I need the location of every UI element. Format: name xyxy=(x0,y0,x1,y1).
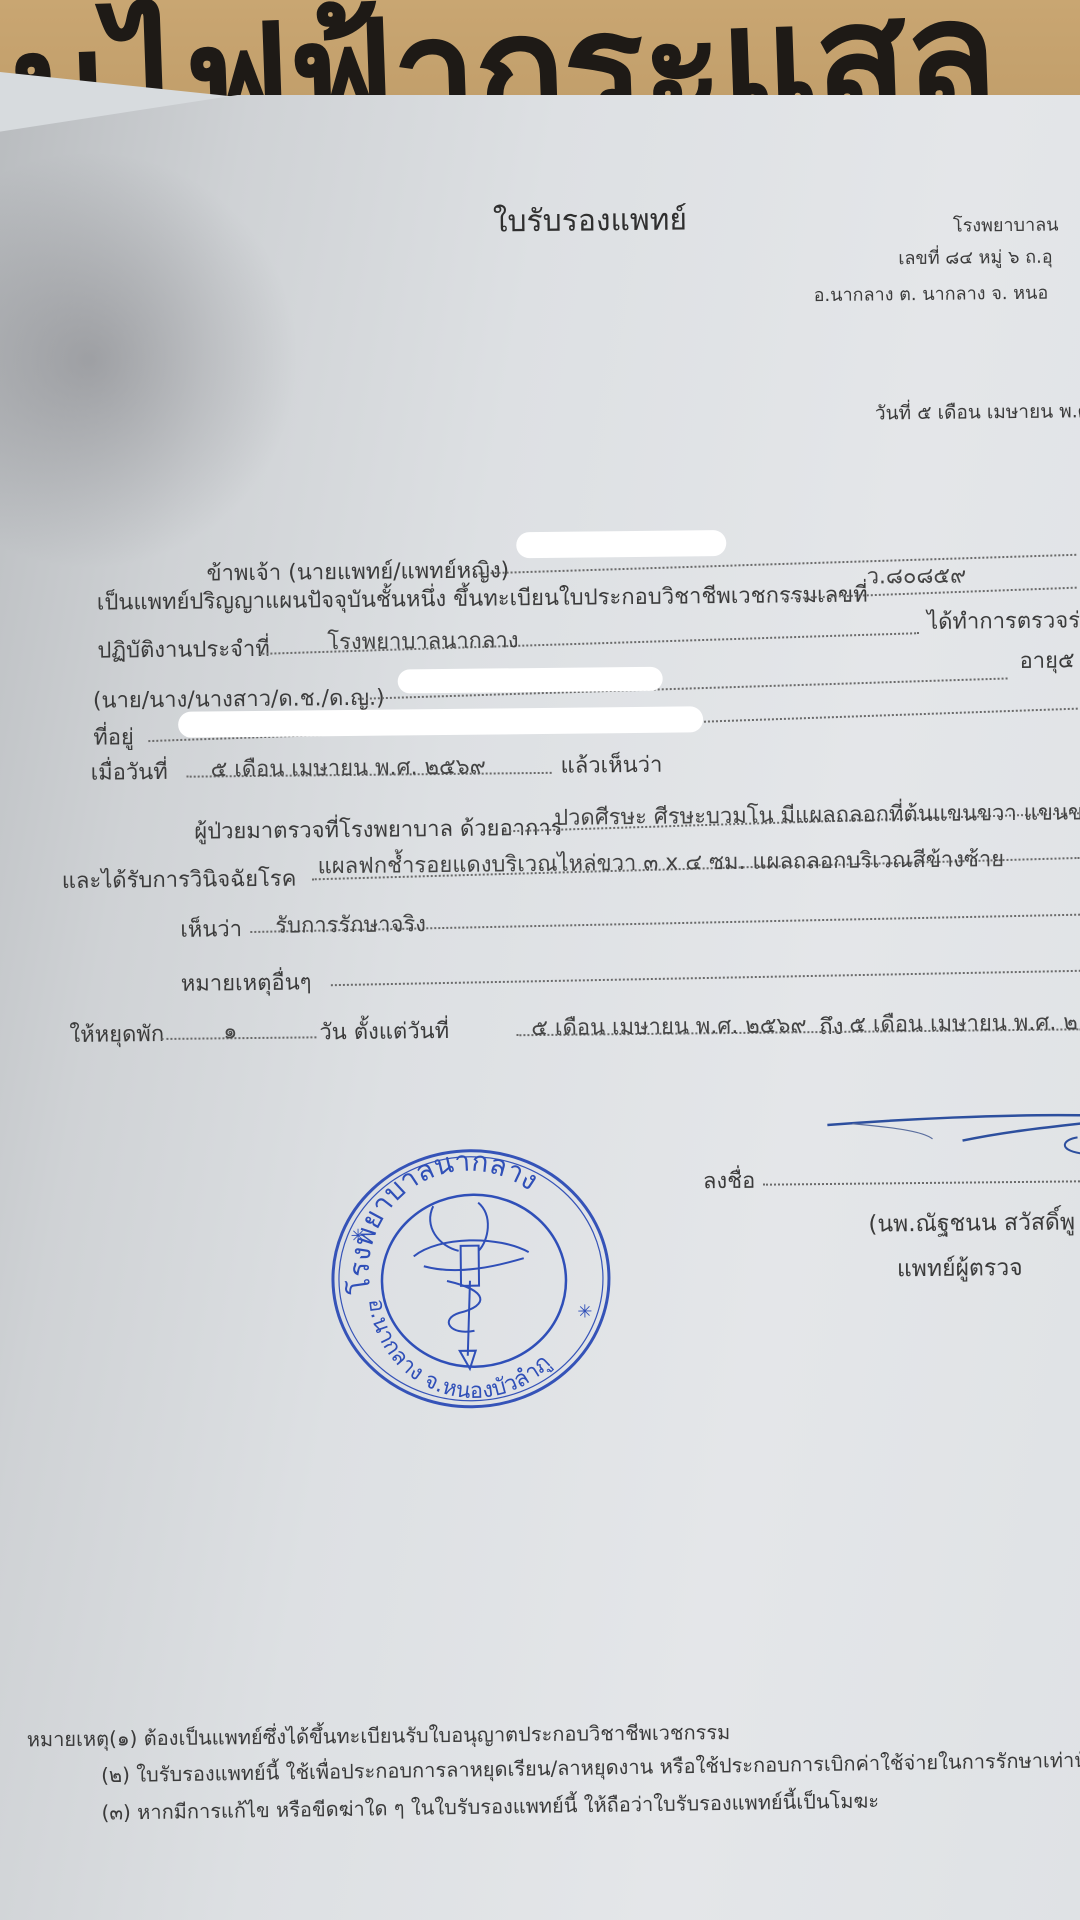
age-label: อายุ๕ xyxy=(1019,642,1074,678)
hospital-name: โรงพยาบาลน xyxy=(953,210,1059,240)
address-label: ที่อยู่ xyxy=(93,719,134,754)
svg-text:โรงพยาบาลนากลาง: โรงพยาบาลนากลาง xyxy=(341,1144,545,1296)
opinion-value: รับการรักษาจริง xyxy=(275,906,426,943)
exam-date-label: เมื่อวันที่ xyxy=(90,754,168,790)
footnote-1: หมายเหตุ(๑) ต้องเป็นแพทย์ซึ่งได้ขึ้นทะเบ… xyxy=(27,1716,731,1755)
rest-to-label: ถึง xyxy=(819,1009,843,1044)
exam-date-value: ๕ เดือน เมษายน พ.ศ. ๒๕๖๙ xyxy=(210,749,486,787)
stamp-top-text: โรงพยาบาลนากลาง xyxy=(341,1144,545,1296)
svg-text:✳: ✳ xyxy=(350,1226,365,1247)
svg-text:✳: ✳ xyxy=(577,1301,592,1322)
rest-from-label: วัน ตั้งแต่วันที่ xyxy=(319,1013,449,1049)
document-content: ใบรับรองแพทย์ โรงพยาบาลน เลขที่ ๘๔ หมู่ … xyxy=(0,0,1080,1920)
seen-label: แล้วเห็นว่า xyxy=(560,747,662,783)
address-redaction xyxy=(178,706,703,737)
remarks-dotted-line xyxy=(331,970,1080,986)
hospital-address-line1: เลขที่ ๘๔ หมู่ ๖ ถ.อุ xyxy=(898,242,1053,273)
signer-name: (นพ.ณัฐชนน สวัสดิ์พู xyxy=(868,1204,1075,1242)
rest-to-value: ๕ เดือน เมษายน พ.ศ. ๒ xyxy=(849,1004,1078,1041)
signature-dotted-line xyxy=(763,1180,1080,1185)
license-number: ว.๘๐๘๕๙ xyxy=(866,558,966,594)
hospital-address-line2: อ.นากลาง ต. นากลาง จ. หนอ xyxy=(814,278,1049,309)
rest-label: ให้หยุดพัก xyxy=(69,1016,164,1052)
symptom-value: ปวดศีรษะ ศีรษะบวมโน มีแผลถลอกที่ต้นแขนขว… xyxy=(554,794,1080,835)
symptom-label: ผู้ป่วยมาตรวจที่โรงพยาบาล ด้วยอาการ xyxy=(194,810,563,849)
diagnosis-label: และได้รับการวินิจฉัยโรค xyxy=(62,861,297,898)
doctor-name-redaction xyxy=(516,530,726,558)
signer-role: แพทย์ผู้ตรวจ xyxy=(897,1250,1023,1287)
sign-label: ลงชื่อ xyxy=(703,1163,756,1199)
doctor-signature xyxy=(822,1109,1080,1172)
remarks-label: หมายเหตุอื่นๆ xyxy=(181,964,312,1000)
diagnosis-value: แผลฟกช้ำรอยแดงบริเวณไหล่ขวา ๓ x ๔ ซม. แผ… xyxy=(317,841,1004,883)
rest-from-value: ๕ เดือน เมษายน พ.ศ. ๒๕๖๙ xyxy=(531,1007,807,1045)
footnote-3: (๓) หากมีการแก้ไข หรือขีดฆ่าใด ๆ ในใบรับ… xyxy=(101,1784,879,1828)
workplace-value: โรงพยาบาลนากลาง xyxy=(327,622,519,659)
license-label: เป็นแพทย์ปริญญาแผนปัจจุบันชั้นหนึ่ง ขึ้น… xyxy=(97,577,868,620)
rest-days-value: ๑ xyxy=(223,1013,237,1048)
workplace-label: ปฏิบัติงานประจำที่ xyxy=(97,631,270,668)
opinion-label: เห็นว่า xyxy=(180,911,242,947)
patient-name-redaction xyxy=(398,667,663,694)
issue-date: วันที่ ๕ เดือน เมษายน พ.ศ xyxy=(875,396,1080,428)
rest-days-dotted-line xyxy=(161,1036,316,1040)
hospital-stamp: โรงพยาบาลนากลาง อ.นากลาง จ.หนองบัวลำภู ✳… xyxy=(328,1139,616,1412)
examined-label: ได้ทำการตรวจร่า xyxy=(927,602,1080,639)
document-title: ใบรับรองแพทย์ xyxy=(493,196,688,245)
